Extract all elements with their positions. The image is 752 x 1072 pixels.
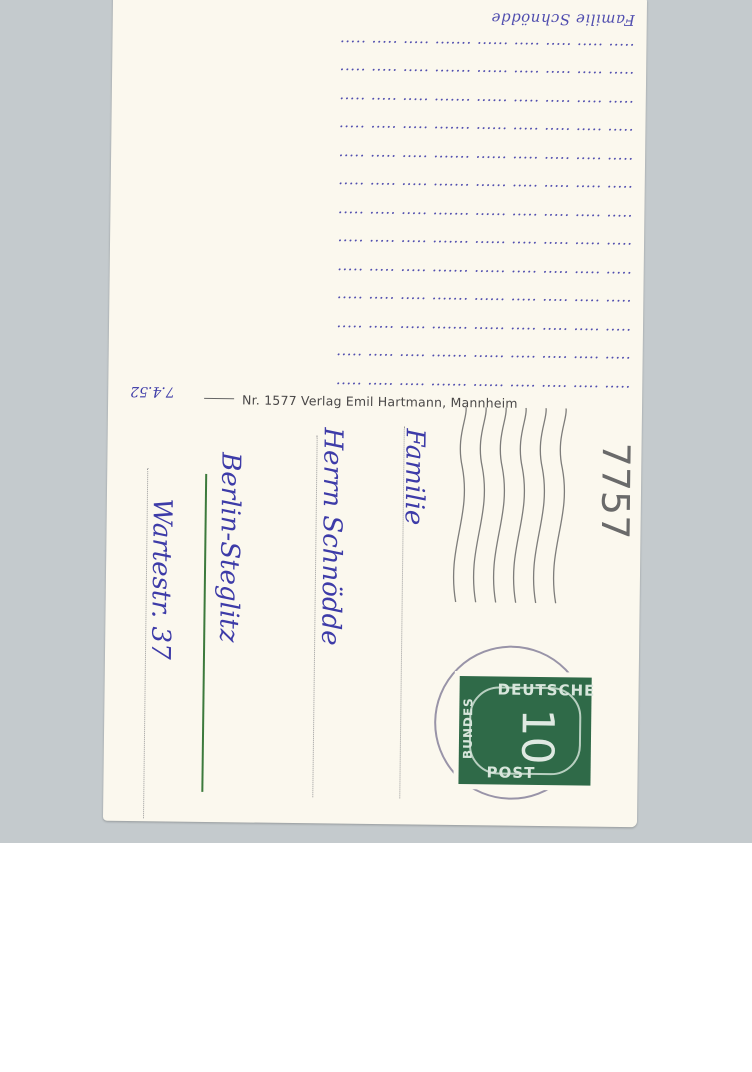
- pencil-note: 7757: [593, 442, 638, 539]
- underline-stroke: [201, 474, 207, 792]
- postcard: ..... ..... ..... ..... ...... ....... .…: [103, 0, 647, 827]
- address-line-2: Herrn Schnödde: [315, 427, 348, 645]
- postage-stamp: DEUTSCHE POST BUNDES 10: [453, 671, 596, 791]
- message-closing: Familie Schnödde: [135, 0, 635, 35]
- stamp-face: DEUTSCHE POST BUNDES 10: [458, 676, 591, 786]
- stamp-text-bottom: POST: [486, 763, 535, 782]
- address-line-4: Wartestr. 37: [145, 498, 177, 660]
- message-date: 7.4.52: [130, 383, 175, 400]
- address-line-1: Familie: [399, 428, 430, 525]
- address-line-3: Berlin-Steglitz: [213, 452, 245, 643]
- cancellation-wavy-lines: [446, 407, 578, 609]
- handwritten-message: ..... ..... ..... ..... ...... ....... .…: [130, 0, 635, 405]
- stamp-text-top: DEUTSCHE: [497, 681, 595, 700]
- stamp-value: 10: [511, 708, 563, 765]
- stamp-text-side: BUNDES: [461, 697, 476, 759]
